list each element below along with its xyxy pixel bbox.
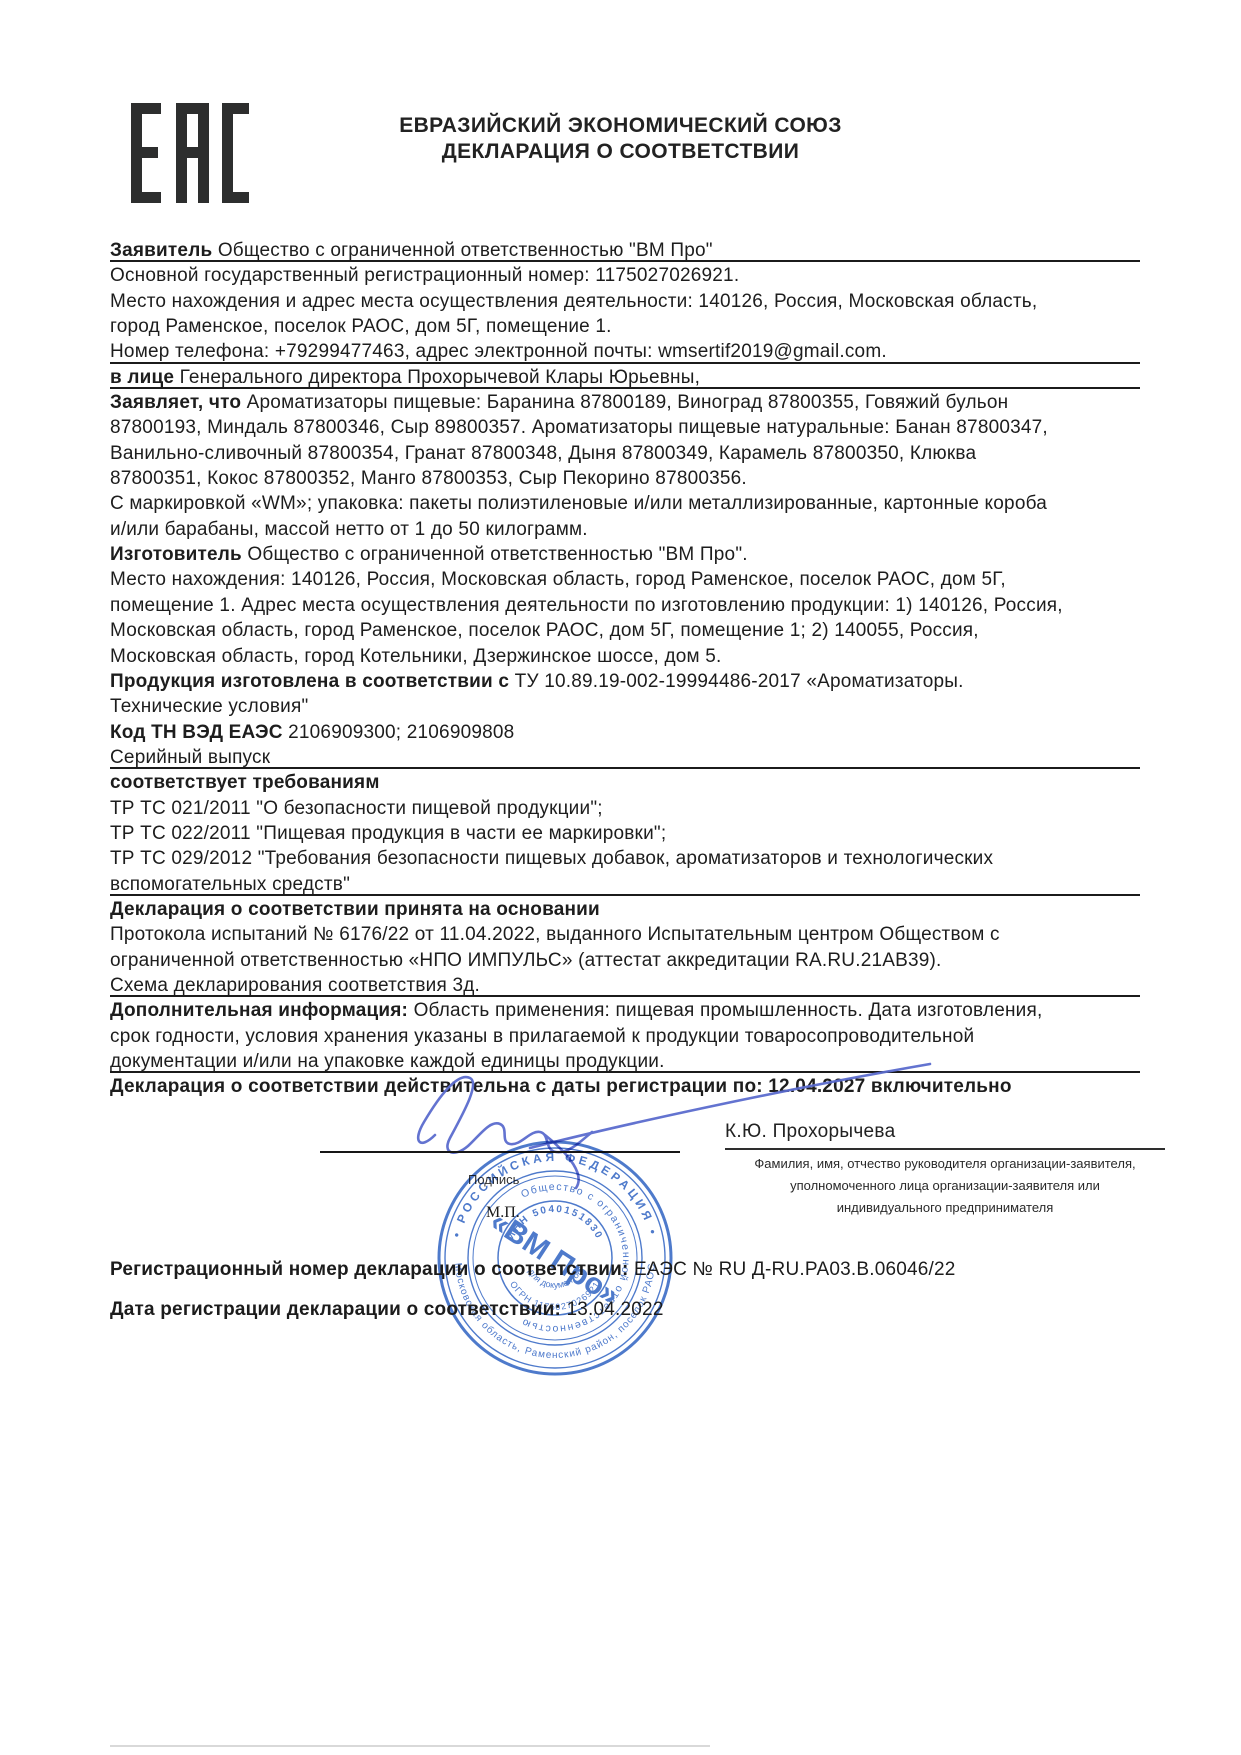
registration-date-label: Дата регистрации декларации о соответств…: [110, 1299, 567, 1320]
line-text: Основной государственный регистрационный…: [110, 265, 739, 286]
document-line: Заявитель Общество с ограниченной ответс…: [110, 238, 1140, 263]
svg-text:• РОССИЙСКАЯ ФЕДЕРАЦИЯ •: • РОССИЙСКАЯ ФЕДЕРАЦИЯ •: [449, 1150, 660, 1239]
document-line: срок годности, условия хранения указаны …: [110, 1024, 1140, 1049]
document-line: Основной государственный регистрационный…: [110, 263, 1140, 288]
stamp-outer-top-text: • РОССИЙСКАЯ ФЕДЕРАЦИЯ •: [449, 1150, 660, 1239]
line-text: 87800193, Миндаль 87800346, Сыр 89800357…: [110, 417, 1048, 438]
document-line: С маркировкой «WM»; упаковка: пакеты пол…: [110, 491, 1140, 516]
document-body: Заявитель Общество с ограниченной ответс…: [110, 238, 1140, 1100]
line-text: Изготовитель: [110, 544, 247, 565]
document-line: Протокола испытаний № 6176/22 от 11.04.2…: [110, 922, 1140, 947]
line-text: Продукция изготовлена в соответствии с: [110, 671, 515, 692]
registration-number-line: Регистрационный номер декларации о соотв…: [110, 1259, 956, 1281]
document-line: вспомогательных средств": [110, 872, 1140, 897]
declaration-document: ЕВРАЗИЙСКИЙ ЭКОНОМИЧЕСКИЙ СОЮЗ ДЕКЛАРАЦИ…: [0, 0, 1241, 1755]
document-line: ТР ТС 029/2012 "Требования безопасности …: [110, 846, 1140, 871]
line-text: вспомогательных средств": [110, 874, 350, 895]
signatory-name: К.Ю. Прохорычева: [725, 1121, 895, 1143]
document-line: 87800193, Миндаль 87800346, Сыр 89800357…: [110, 415, 1140, 440]
document-line: 87800351, Кокос 87800352, Манго 87800353…: [110, 466, 1140, 491]
line-text: Московская область, город Раменское, пос…: [110, 620, 979, 641]
line-text: Схема декларирования соответствия 3д.: [110, 975, 480, 996]
registration-number-label: Регистрационный номер декларации о соотв…: [110, 1259, 634, 1280]
scan-artifact-line: [110, 1745, 710, 1747]
line-text: Дополнительная информация:: [110, 1000, 414, 1021]
document-line: Московская область, город Котельники, Дз…: [110, 644, 1140, 669]
name-caption-line: Фамилия, имя, отчество руководителя орга…: [725, 1153, 1165, 1175]
registration-date-value: 13.04.2022: [567, 1299, 664, 1320]
document-line: Заявляет, что Ароматизаторы пищевые: Бар…: [110, 390, 1140, 415]
line-text: Место нахождения и адрес места осуществл…: [110, 291, 1037, 312]
line-text: С маркировкой «WM»; упаковка: пакеты пол…: [110, 493, 1047, 514]
document-line: Ванильно-сливочный 87800354, Гранат 8780…: [110, 441, 1140, 466]
document-line: Серийный выпуск: [110, 745, 1140, 770]
line-text: Генерального директора Прохорычевой Клар…: [180, 367, 700, 388]
title-line-2: ДЕКЛАРАЦИЯ О СООТВЕТСТВИИ: [0, 139, 1241, 165]
document-line: ТР ТС 022/2011 "Пищевая продукция в част…: [110, 821, 1140, 846]
document-line: Московская область, город Раменское, пос…: [110, 618, 1140, 643]
document-line: Технические условия": [110, 694, 1140, 719]
document-line: помещение 1. Адрес места осуществления д…: [110, 593, 1140, 618]
line-text: Технические условия": [110, 696, 308, 717]
line-text: 87800351, Кокос 87800352, Манго 87800353…: [110, 468, 747, 489]
line-text: Серийный выпуск: [110, 747, 270, 768]
document-line: Номер телефона: +79299477463, адрес элек…: [110, 339, 1140, 364]
line-text: ТР ТС 021/2011 "О безопасности пищевой п…: [110, 798, 603, 819]
line-text: Номер телефона: +79299477463, адрес элек…: [110, 341, 887, 362]
line-text: Московская область, город Котельники, Дз…: [110, 646, 722, 667]
line-text: Протокола испытаний № 6176/22 от 11.04.2…: [110, 924, 1000, 945]
document-line: Схема декларирования соответствия 3д.: [110, 973, 1140, 998]
line-text: ТУ 10.89.19-002-19994486-2017 «Ароматиза…: [515, 671, 964, 692]
line-text: Область применения: пищевая промышленнос…: [414, 1000, 1043, 1021]
line-text: Декларация о соответствии принята на осн…: [110, 899, 600, 920]
name-rule: [725, 1148, 1165, 1150]
document-line: Продукция изготовлена в соответствии с Т…: [110, 669, 1140, 694]
document-title: ЕВРАЗИЙСКИЙ ЭКОНОМИЧЕСКИЙ СОЮЗ ДЕКЛАРАЦИ…: [0, 113, 1241, 165]
name-caption-line: индивидуального предпринимателя: [725, 1197, 1165, 1219]
name-caption: Фамилия, имя, отчество руководителя орга…: [725, 1153, 1165, 1219]
document-line: ТР ТС 021/2011 "О безопасности пищевой п…: [110, 796, 1140, 821]
line-text: 2106909300; 2106909808: [288, 722, 514, 743]
line-text: ТР ТС 029/2012 "Требования безопасности …: [110, 848, 993, 869]
line-text: Заявитель: [110, 240, 218, 261]
line-text: помещение 1. Адрес места осуществления д…: [110, 595, 1063, 616]
document-line: ограниченной ответственностью «НПО ИМПУЛ…: [110, 948, 1140, 973]
title-line-1: ЕВРАЗИЙСКИЙ ЭКОНОМИЧЕСКИЙ СОЮЗ: [0, 113, 1241, 139]
line-text: в лице: [110, 367, 180, 388]
document-line: город Раменское, поселок РАОС, дом 5Г, п…: [110, 314, 1140, 339]
line-text: Общество с ограниченной ответственностью…: [218, 240, 713, 261]
line-text: ограниченной ответственностью «НПО ИМПУЛ…: [110, 950, 942, 971]
company-stamp: • РОССИЙСКАЯ ФЕДЕРАЦИЯ • Московская обла…: [425, 1128, 685, 1388]
line-text: Заявляет, что: [110, 392, 247, 413]
line-text: Ароматизаторы пищевые: Баранина 87800189…: [247, 392, 1009, 413]
document-line: Код ТН ВЭД ЕАЭС 2106909300; 2106909808: [110, 720, 1140, 745]
document-line: Место нахождения и адрес места осуществл…: [110, 289, 1140, 314]
line-text: ТР ТС 022/2011 "Пищевая продукция в част…: [110, 823, 666, 844]
document-line: в лице Генерального директора Прохорычев…: [110, 365, 1140, 390]
line-text: Код ТН ВЭД ЕАЭС: [110, 722, 288, 743]
document-line: Декларация о соответствии принята на осн…: [110, 897, 1140, 922]
document-line: Изготовитель Общество с ограниченной отв…: [110, 542, 1140, 567]
registration-date-line: Дата регистрации декларации о соответств…: [110, 1299, 664, 1321]
document-line: Дополнительная информация: Область приме…: [110, 998, 1140, 1023]
document-line: Место нахождения: 140126, Россия, Москов…: [110, 567, 1140, 592]
registration-number-value: ЕАЭС № RU Д-RU.РА03.В.06046/22: [634, 1259, 956, 1280]
line-text: и/или барабаны, массой нетто от 1 до 50 …: [110, 519, 588, 540]
name-caption-line: уполномоченного лица организации-заявите…: [725, 1175, 1165, 1197]
document-line: соответствует требованиям: [110, 770, 1140, 795]
line-text: Ванильно-сливочный 87800354, Гранат 8780…: [110, 443, 976, 464]
line-text: Место нахождения: 140126, Россия, Москов…: [110, 569, 1006, 590]
line-text: срок годности, условия хранения указаны …: [110, 1026, 974, 1047]
line-text: соответствует требованиям: [110, 772, 380, 793]
line-text: город Раменское, поселок РАОС, дом 5Г, п…: [110, 316, 612, 337]
line-text: Общество с ограниченной ответственностью…: [247, 544, 747, 565]
document-line: и/или барабаны, массой нетто от 1 до 50 …: [110, 517, 1140, 542]
